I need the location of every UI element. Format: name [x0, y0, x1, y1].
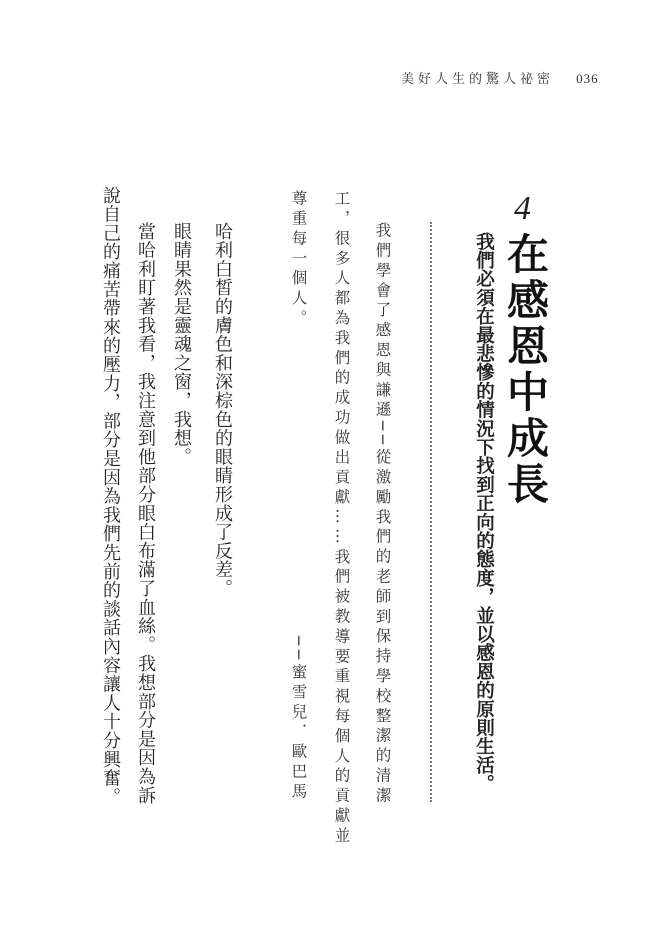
- page-number: 036: [576, 71, 599, 86]
- body-paragraph-3-line-2: 說自己的痛苦帶來的壓力，部分是因為我們先前的談話內容讓人十分興奮。: [101, 186, 119, 806]
- body-paragraph-1: 哈利白皙的膚色和深棕色的眼睛形成了反差。: [213, 222, 231, 598]
- quote-line-3: 尊重每一個人。: [290, 190, 306, 329]
- chapter-title: 在感恩中成長: [504, 232, 546, 508]
- book-title: 美好人生的驚人祕密: [401, 72, 554, 87]
- chapter-subtitle: 我們必須在最悲慘的情況下找到正向的態度，並以感恩的原則生活。: [474, 232, 493, 793]
- quote-attribution: ──蜜雪兒．歐巴馬: [290, 636, 306, 803]
- body-paragraph-3-line-1: 當哈利盯著我看，我注意到他部分眼白布滿了血絲。我想部分是因為訴: [136, 222, 154, 805]
- chapter-number: 4: [514, 190, 531, 228]
- quote-line-2: 工，很多人都為我們的成功做出貢獻……我們被教導要重視每個人的貢獻並: [333, 190, 349, 847]
- body-paragraph-2: 眼睛果然是靈魂之窗，我想。: [172, 222, 190, 466]
- quote-dotted-divider: [430, 222, 432, 802]
- running-header: 美好人生的驚人祕密 036: [401, 68, 599, 87]
- quote-line-1: 我們學會了感恩與謙遜──從激勵我們的老師到保持學校整潔的清潔: [374, 222, 390, 807]
